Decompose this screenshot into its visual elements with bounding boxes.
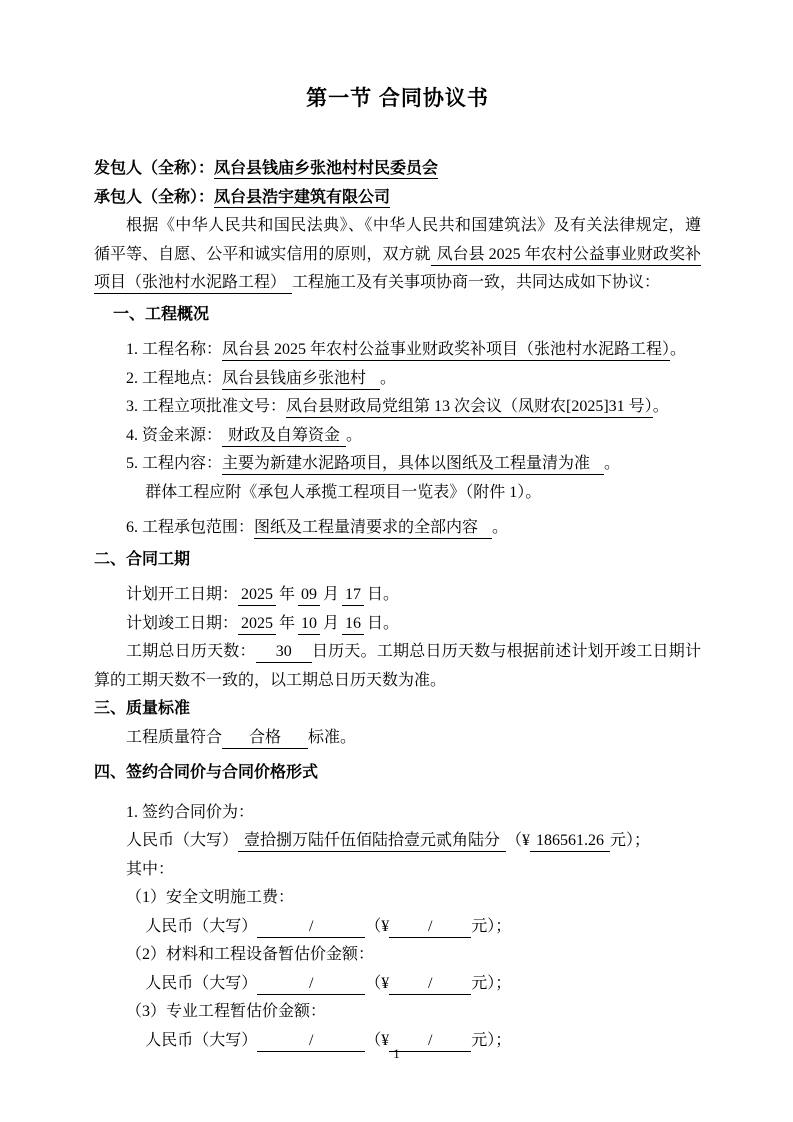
- item3-label: 3. 工程立项批准文号：: [126, 398, 286, 415]
- safety-fee-label-line: （1）安全文明施工费：: [94, 884, 701, 913]
- yen-paren-open: （¥: [365, 918, 389, 935]
- month-unit: 月: [323, 586, 339, 603]
- item2-label: 2. 工程地点：: [126, 370, 222, 387]
- yen-paren-close: 元）；: [471, 918, 511, 935]
- start-year: 2025: [238, 586, 276, 606]
- item-funding-source: 4. 资金来源：财政及自筹资金。: [94, 422, 701, 451]
- preamble-tail: 工程施工及有关事项协商一致，共同达成如下协议：: [292, 274, 660, 291]
- yen-paren-close: 元）；: [610, 832, 650, 849]
- page-content: 第一节 合同协议书 发包人（全称）：凤台县钱庙乡张池村村民委员会 承包人（全称）…: [94, 0, 701, 1055]
- amount-in-words: 壹拾捌万陆仟伍佰陆拾壹元贰角陆分: [238, 832, 506, 852]
- safety-fee-amount-line: 人民币（大写）/（¥/元）；: [94, 913, 701, 942]
- contractor-label: 承包人（全称）：: [94, 189, 214, 206]
- amount-in-figures: 186561.26: [530, 832, 610, 852]
- start-month: 09: [298, 586, 320, 606]
- materials-provisional-label-line: （2）材料和工程设备暂估价金额：: [94, 941, 701, 970]
- currency-capital-label: 人民币（大写）: [145, 918, 257, 935]
- item-project-content-note: 群体工程应附《承包人承揽工程项目一览表》（附件 1）。: [94, 479, 701, 508]
- item2-value: 凤台县钱庙乡张池村: [222, 370, 380, 390]
- item1-label: 1. 工程名称：: [126, 341, 222, 358]
- finish-month: 10: [298, 615, 320, 635]
- item5-value: 主要为新建水泥路项目，具体以图纸及工程量清为准: [222, 455, 604, 475]
- quality-suffix: 标准。: [308, 729, 356, 746]
- blank-amount-figures: /: [389, 974, 471, 995]
- currency-capital-label: 人民币（大写）: [126, 832, 238, 849]
- blank-amount-figures: /: [389, 917, 471, 938]
- start-date-label: 计划开工日期：: [126, 586, 238, 603]
- planned-finish-date-line: 计划竣工日期：2025年10月16日。: [94, 610, 701, 639]
- quality-grade-value: 合格: [222, 728, 308, 749]
- item4-period: 。: [346, 427, 362, 444]
- preamble-paragraph: 根据《中华人民共和国民法典》、《中华人民共和国建筑法》及有关法律规定，遵循平等、…: [94, 212, 701, 298]
- day-unit: 日。: [367, 615, 399, 632]
- contract-price-intro: 1. 签约合同价为：: [94, 799, 701, 828]
- item5-label: 5. 工程内容：: [126, 455, 222, 472]
- item-project-content: 5. 工程内容：主要为新建水泥路项目，具体以图纸及工程量清为准。: [94, 450, 701, 479]
- yen-paren-open: （¥: [506, 832, 530, 849]
- contract-price-line: 人民币（大写）壹拾捌万陆仟伍佰陆拾壹元贰角陆分（¥186561.26元）；: [94, 827, 701, 856]
- item5-period: 。: [604, 455, 620, 472]
- finish-date-label: 计划竣工日期：: [126, 615, 238, 632]
- materials-provisional-amount-line: 人民币（大写）/（¥/元）；: [94, 970, 701, 999]
- total-calendar-days-paragraph: 工期总日历天数：30日历天。工期总日历天数与根据前述计划开竣工日期计算的工期天数…: [94, 638, 701, 695]
- item6-value: 图纸及工程量清要求的全部内容: [254, 519, 492, 539]
- section2-heading: 二、合同工期: [94, 546, 701, 575]
- total-days-value: 30: [256, 642, 312, 663]
- item4-value: 财政及自筹资金: [222, 427, 346, 447]
- yen-paren-open: （¥: [365, 975, 389, 992]
- specialist-provisional-label-line: （3）专业工程暂估价金额：: [94, 998, 701, 1027]
- contractor-line: 承包人（全称）：凤台县浩宇建筑有限公司: [94, 183, 701, 212]
- item2-period: 。: [380, 370, 396, 387]
- item6-period: 。: [492, 519, 508, 536]
- section4-heading: 四、签约合同价与合同价格形式: [94, 759, 701, 788]
- item-approval-number: 3. 工程立项批准文号：凤台县财政局党组第 13 次会议（凤财农[2025]31…: [94, 393, 701, 422]
- planned-start-date-line: 计划开工日期：2025年09月17日。: [94, 581, 701, 610]
- contract-document-page: 第一节 合同协议书 发包人（全称）：凤台县钱庙乡张池村村民委员会 承包人（全称）…: [0, 0, 793, 1122]
- item3-period: 。: [653, 398, 669, 415]
- item1-value: 凤台县 2025 年农村公益事业财政奖补项目（张池村水泥路工程）: [222, 341, 670, 361]
- section1-heading: 一、工程概况: [94, 301, 701, 330]
- document-title: 第一节 合同协议书: [94, 86, 701, 112]
- contractor-name: 凤台县浩宇建筑有限公司: [214, 189, 390, 208]
- item-contract-scope: 6. 工程承包范围：图纸及工程量清要求的全部内容。: [94, 514, 701, 543]
- finish-day: 16: [342, 615, 364, 635]
- item3-value: 凤台县财政局党组第 13 次会议（凤财农[2025]31 号）: [286, 398, 653, 418]
- section3-heading: 三、质量标准: [94, 695, 701, 724]
- blank-amount-words: /: [257, 974, 365, 995]
- item6-label: 6. 工程承包范围：: [126, 519, 254, 536]
- total-days-label: 工期总日历天数：: [126, 643, 256, 660]
- item-project-name: 1. 工程名称：凤台县 2025 年农村公益事业财政奖补项目（张池村水泥路工程）…: [94, 336, 701, 365]
- year-unit: 年: [279, 586, 295, 603]
- blank-amount-words: /: [257, 917, 365, 938]
- quality-prefix: 工程质量符合: [126, 729, 222, 746]
- employer-name: 凤台县钱庙乡张池村村民委员会: [214, 160, 438, 179]
- item1-period: 。: [670, 341, 686, 358]
- currency-capital-label: 人民币（大写）: [145, 975, 257, 992]
- yen-paren-close: 元）；: [471, 975, 511, 992]
- start-day: 17: [342, 586, 364, 606]
- month-unit: 月: [323, 615, 339, 632]
- employer-label: 发包人（全称）：: [94, 160, 214, 177]
- parties-block: 发包人（全称）：凤台县钱庙乡张池村村民委员会 承包人（全称）：凤台县浩宇建筑有限…: [94, 154, 701, 212]
- item4-label: 4. 资金来源：: [126, 427, 222, 444]
- page-number: 1: [0, 1046, 793, 1062]
- finish-year: 2025: [238, 615, 276, 635]
- day-unit: 日。: [367, 586, 399, 603]
- employer-line: 发包人（全称）：凤台县钱庙乡张池村村民委员会: [94, 154, 701, 183]
- among-which-line: 其中：: [94, 856, 701, 885]
- item-project-location: 2. 工程地点：凤台县钱庙乡张池村。: [94, 365, 701, 394]
- quality-standard-line: 工程质量符合合格标准。: [94, 724, 701, 753]
- year-unit: 年: [279, 615, 295, 632]
